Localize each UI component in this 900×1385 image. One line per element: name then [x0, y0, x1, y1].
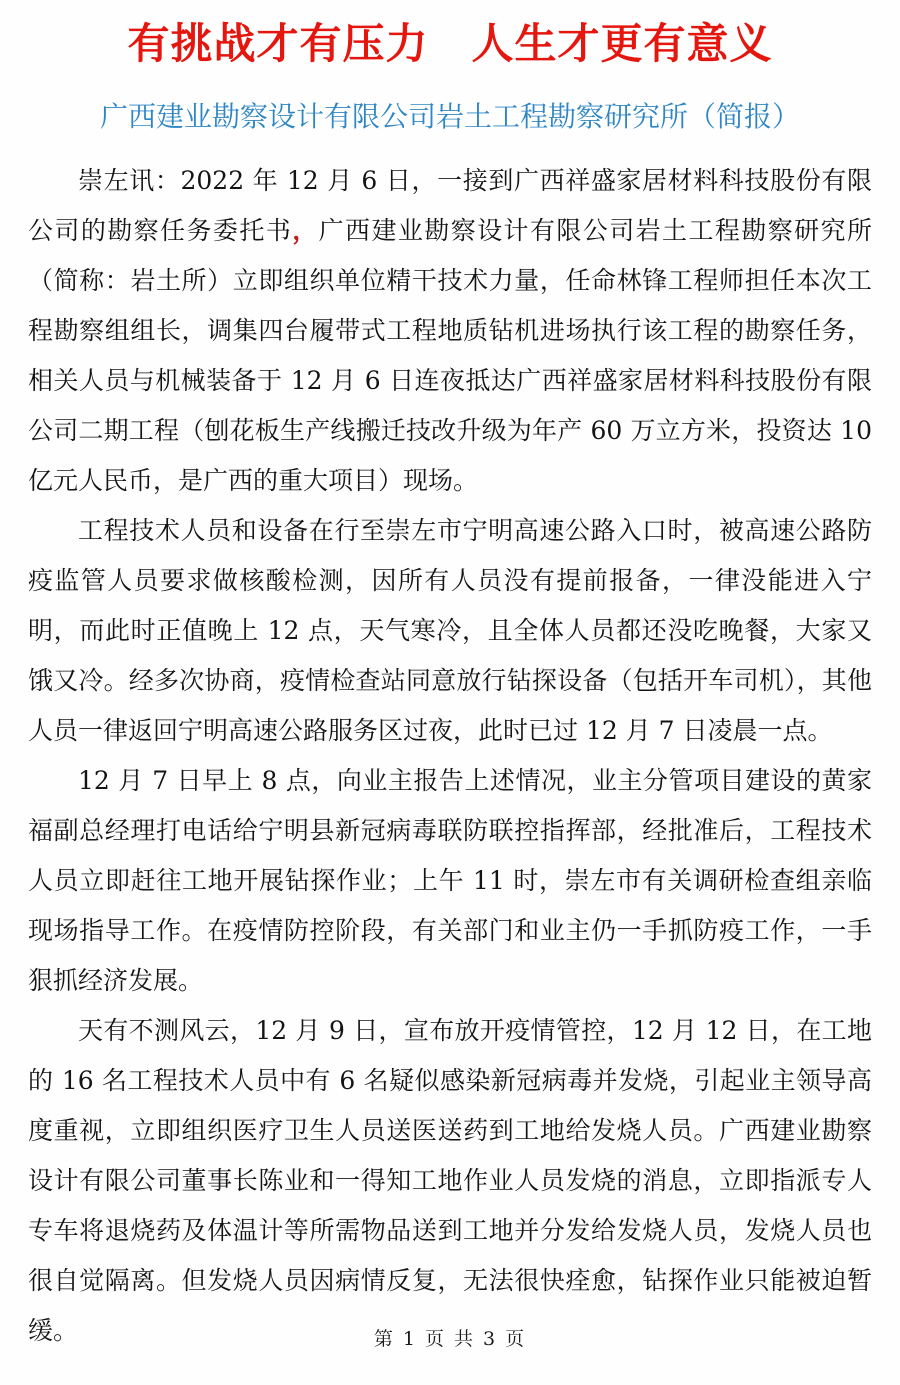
document-page: 有挑战才有压力 人生才更有意义 广西建业勘察设计有限公司岩土工程勘察研究所（简报…: [0, 0, 900, 1385]
page-number: 第 1 页 共 3 页: [0, 1324, 900, 1351]
document-title: 有挑战才有压力 人生才更有意义: [28, 16, 872, 68]
paragraph-1: 崇左讯：2022 年 12 月 6 日，一接到广西祥盛家居材料科技股份有限公司的…: [28, 156, 872, 506]
paragraph-1-text-continued: 广西建业勘察设计有限公司岩土工程勘察研究所（简称：岩土所）立即组织单位精干技术力…: [28, 216, 872, 495]
paragraph-1-red-comma: ，: [292, 216, 318, 245]
paragraph-3: 12 月 7 日早上 8 点，向业主报告上述情况，业主分管项目建设的黄家福副总经…: [28, 756, 872, 1006]
document-subtitle: 广西建业勘察设计有限公司岩土工程勘察研究所（简报）: [28, 100, 872, 134]
document-body: 崇左讯：2022 年 12 月 6 日，一接到广西祥盛家居材料科技股份有限公司的…: [28, 156, 872, 1356]
paragraph-2: 工程技术人员和设备在行至崇左市宁明高速公路入口时，被高速公路防疫监管人员要求做核…: [28, 506, 872, 756]
paragraph-4: 天有不测风云，12 月 9 日，宣布放开疫情管控，12 月 12 日，在工地的 …: [28, 1006, 872, 1356]
